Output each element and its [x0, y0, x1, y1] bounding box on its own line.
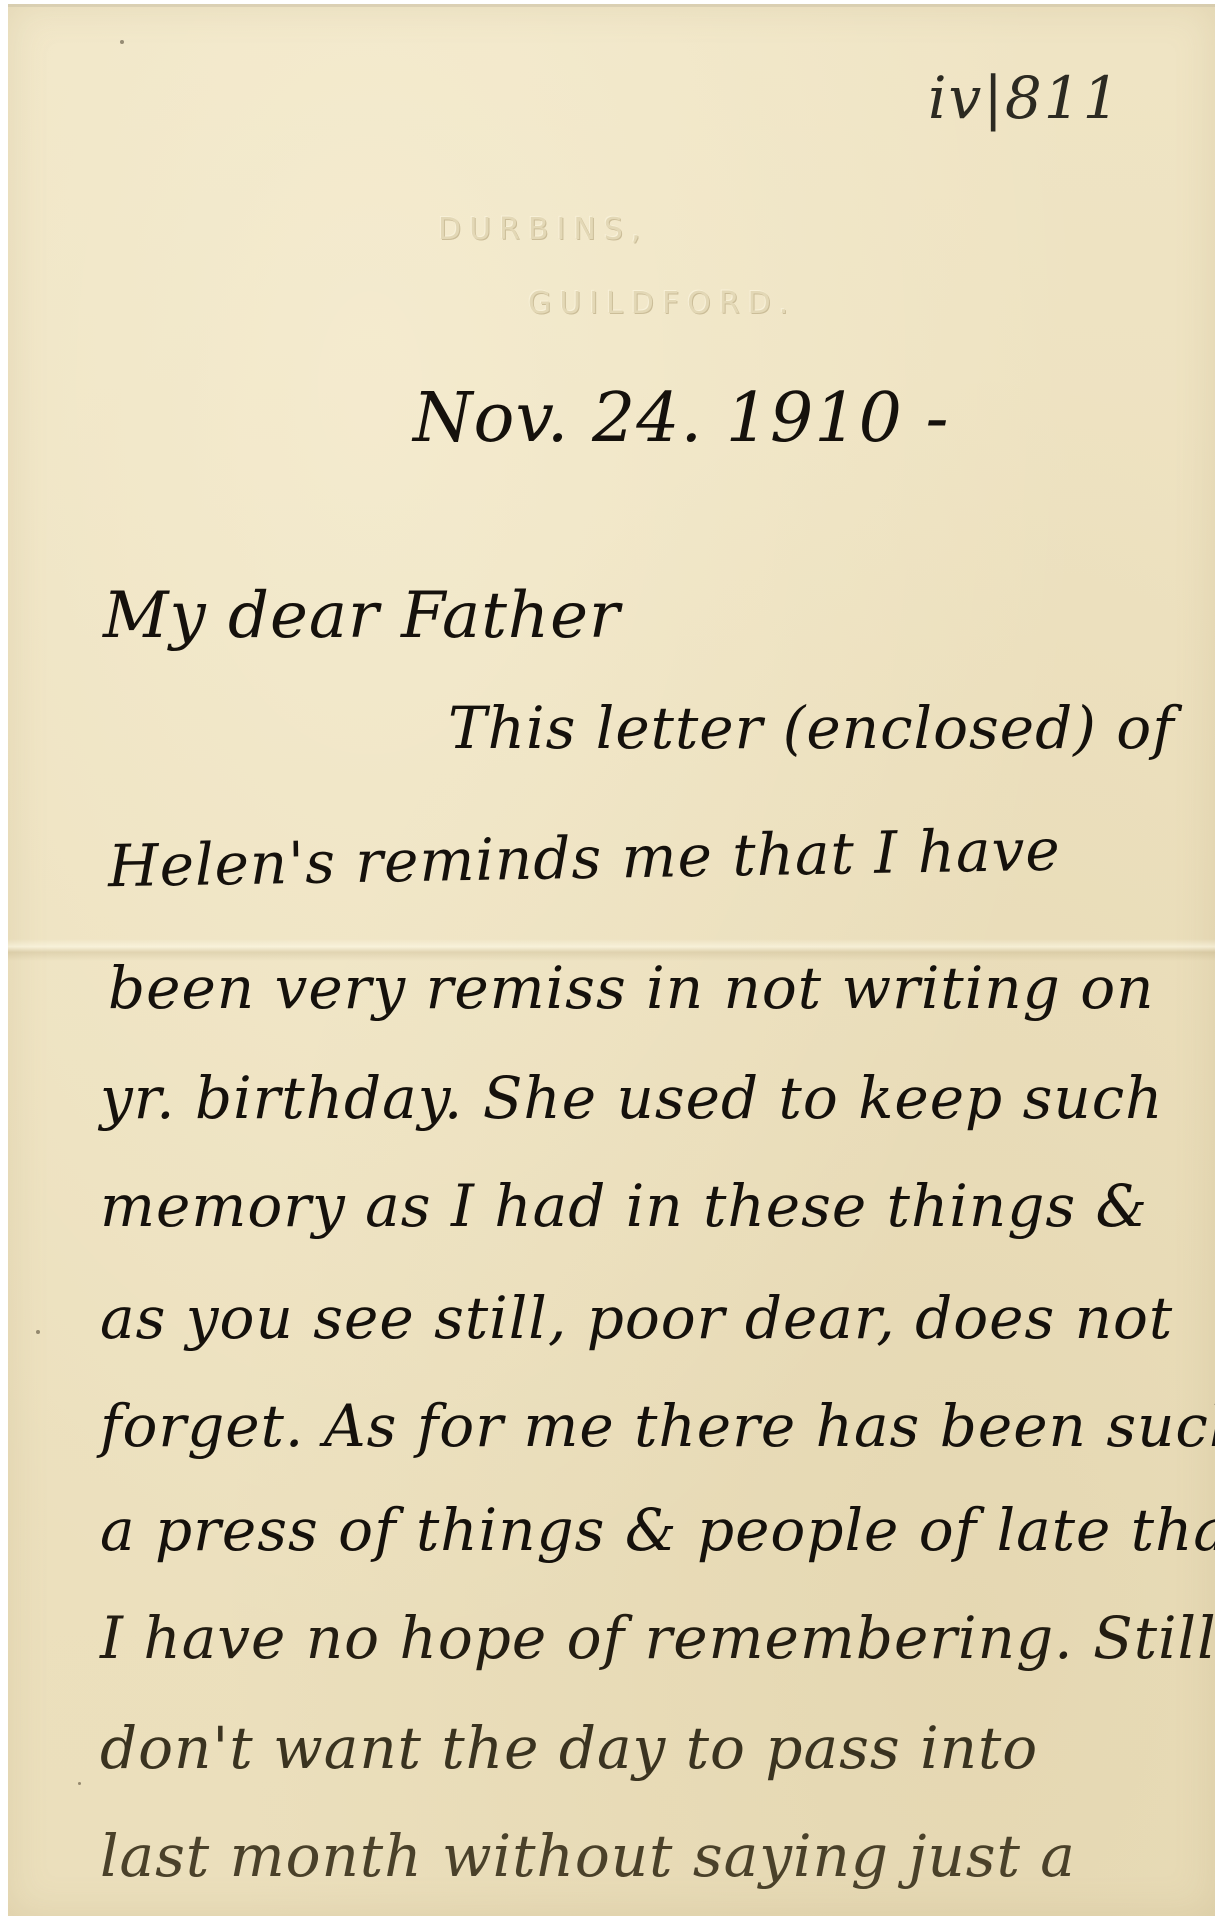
body-line: don't want the day to pass into — [100, 1714, 1038, 1782]
body-line: yr. birthday. She used to keep such — [100, 1064, 1164, 1132]
body-line: last month without saying just a — [100, 1822, 1076, 1890]
body-line: This letter (enclosed) of — [448, 694, 1175, 762]
body-line: I have no hope of remembering. Still I — [100, 1604, 1215, 1672]
body-line: forget. As for me there has been such — [100, 1392, 1215, 1460]
letter-page: iv|811 DURBINS, GUILDFORD. Nov. 24. 1910… — [8, 4, 1215, 1916]
body-line: been very remiss in not writing on — [108, 954, 1154, 1022]
letterhead-line-2: GUILDFORD. — [528, 286, 796, 321]
body-line: memory as I had in these things & — [100, 1172, 1148, 1240]
body-line: as you see still, poor dear, does not — [100, 1284, 1173, 1352]
paper-speck — [120, 40, 124, 44]
paper-speck — [78, 1782, 81, 1785]
letter-date: Nov. 24. 1910 - — [413, 379, 949, 458]
paper-speck — [36, 1330, 40, 1334]
archive-reference: iv|811 — [928, 64, 1122, 132]
body-line: Helen's reminds me that I have — [107, 816, 1061, 901]
letterhead-line-1: DURBINS, — [438, 212, 648, 247]
body-line: a press of things & people of late that — [100, 1496, 1215, 1564]
salutation: My dear Father — [103, 579, 621, 653]
